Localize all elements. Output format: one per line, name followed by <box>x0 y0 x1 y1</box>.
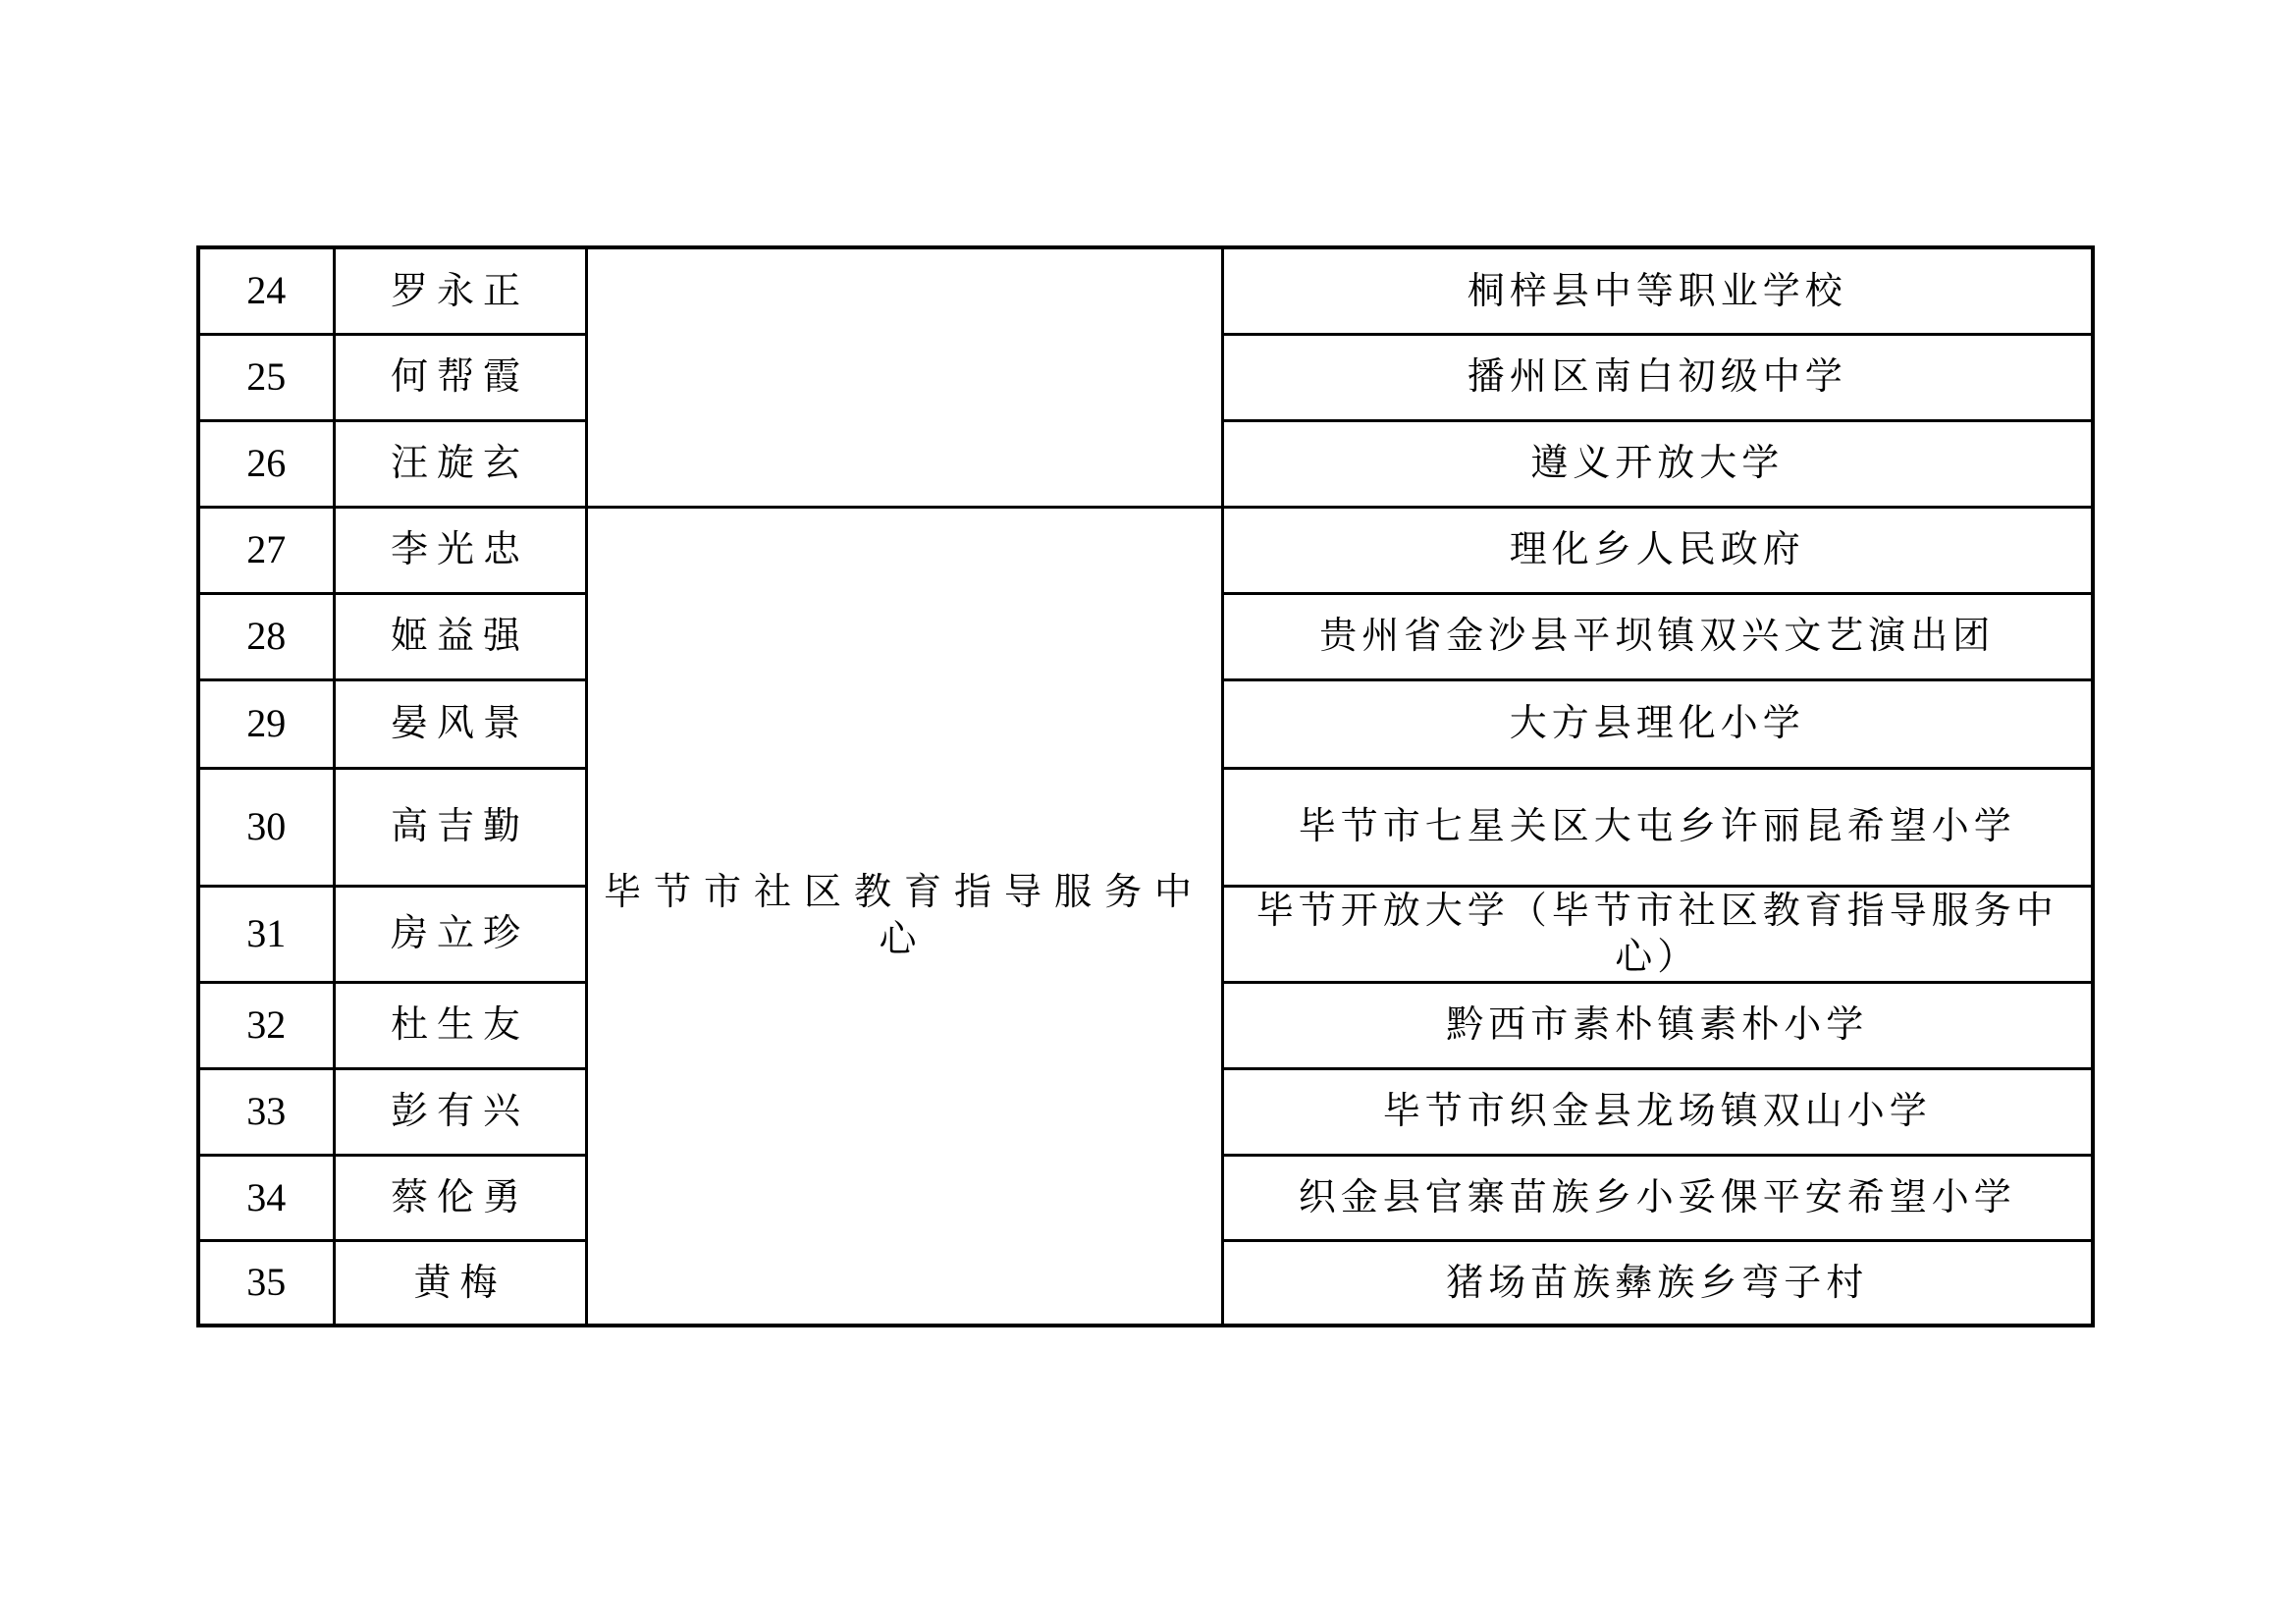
table-row: 27 李光忠 毕节市社区教育指导服务中心 理化乡人民政府 <box>198 507 2093 593</box>
school-cell: 遵义开放大学 <box>1222 420 2093 507</box>
name-cell: 彭有兴 <box>334 1068 586 1155</box>
name-cell: 何帮霞 <box>334 334 586 420</box>
row-number-cell: 30 <box>198 768 334 886</box>
row-number-cell: 35 <box>198 1240 334 1326</box>
name-cell: 蔡伦勇 <box>334 1155 586 1240</box>
name-cell: 黄梅 <box>334 1240 586 1326</box>
school-cell: 大方县理化小学 <box>1222 679 2093 768</box>
roster-table: 24 罗永正 桐梓县中等职业学校 25 何帮霞 播州区南白初级中学 26 汪旋玄… <box>196 245 2095 1327</box>
school-cell: 毕节市织金县龙场镇双山小学 <box>1222 1068 2093 1155</box>
row-number-cell: 24 <box>198 247 334 334</box>
school-cell: 黔西市素朴镇素朴小学 <box>1222 982 2093 1068</box>
row-number-cell: 29 <box>198 679 334 768</box>
row-number-cell: 32 <box>198 982 334 1068</box>
document-page: 24 罗永正 桐梓县中等职业学校 25 何帮霞 播州区南白初级中学 26 汪旋玄… <box>196 245 2095 1327</box>
table-row: 24 罗永正 桐梓县中等职业学校 <box>198 247 2093 334</box>
row-number-cell: 28 <box>198 593 334 679</box>
org-merged-cell-empty <box>586 247 1222 507</box>
row-number-cell: 34 <box>198 1155 334 1240</box>
name-cell: 李光忠 <box>334 507 586 593</box>
school-cell: 织金县官寨苗族乡小妥倮平安希望小学 <box>1222 1155 2093 1240</box>
name-cell: 汪旋玄 <box>334 420 586 507</box>
name-cell: 杜生友 <box>334 982 586 1068</box>
name-cell: 晏风景 <box>334 679 586 768</box>
school-cell: 理化乡人民政府 <box>1222 507 2093 593</box>
row-number-cell: 31 <box>198 886 334 982</box>
row-number-cell: 33 <box>198 1068 334 1155</box>
school-cell: 猪场苗族彝族乡弯子村 <box>1222 1240 2093 1326</box>
school-cell: 毕节开放大学（毕节市社区教育指导服务中心） <box>1222 886 2093 982</box>
school-cell: 贵州省金沙县平坝镇双兴文艺演出团 <box>1222 593 2093 679</box>
name-cell: 高吉勤 <box>334 768 586 886</box>
row-number-cell: 25 <box>198 334 334 420</box>
row-number-cell: 26 <box>198 420 334 507</box>
org-merged-cell: 毕节市社区教育指导服务中心 <box>586 507 1222 1326</box>
name-cell: 姬益强 <box>334 593 586 679</box>
school-cell: 桐梓县中等职业学校 <box>1222 247 2093 334</box>
school-cell: 毕节市七星关区大屯乡许丽昆希望小学 <box>1222 768 2093 886</box>
row-number-cell: 27 <box>198 507 334 593</box>
name-cell: 罗永正 <box>334 247 586 334</box>
school-cell: 播州区南白初级中学 <box>1222 334 2093 420</box>
name-cell: 房立珍 <box>334 886 586 982</box>
